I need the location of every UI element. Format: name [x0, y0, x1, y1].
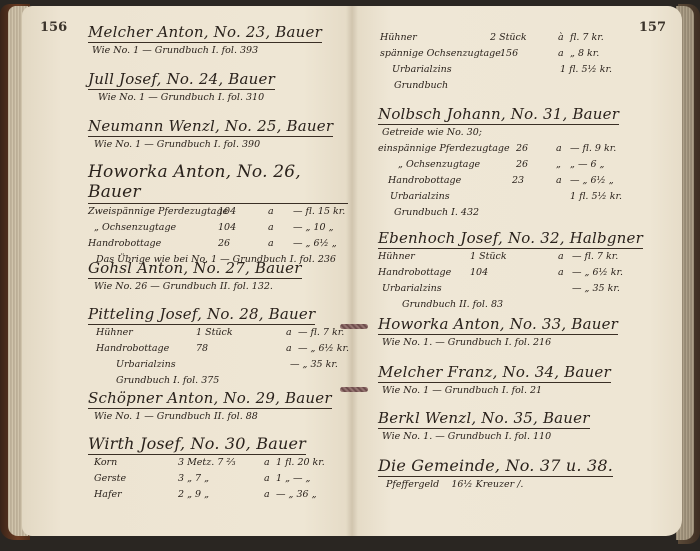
entry-line: „ Ochsenzugtage 26 „ „ — 6 „ [398, 157, 668, 173]
entry-line: Handrobottage 26 a — „ 6½ „ [88, 236, 348, 252]
entry-line: Wie No. 1 — Grundbuch I. fol. 393 [92, 43, 322, 59]
entry-continuation: Hühner 2 Stück à fl. 7 kr. spännige Ochs… [380, 30, 660, 94]
entry-line: „ Ochsenzugtage 104 a — „ 10 „ [88, 220, 348, 236]
entry-line: Grundbuch II. fol. 83 [402, 297, 668, 313]
entry-line: Hühner 2 Stück à fl. 7 kr. [380, 30, 660, 46]
entry-wirth-josef: Wirth Josef, No. 30, Bauer Korn 3 Metz. … [88, 434, 348, 503]
book-gutter [346, 6, 358, 536]
entry-line: Zweispännige Pferdezugtage 104 a — fl. 1… [88, 204, 348, 220]
entry-line: Handrobottage 78 a — „ 6½ kr. [96, 341, 348, 357]
entry-line: Grundbuch I. 432 [394, 205, 668, 221]
entry-pitteling-josef: Pitteling Josef, No. 28, Bauer Hühner 1 … [88, 304, 348, 389]
entry-heading: Die Gemeinde, No. 37 u. 38. [378, 456, 613, 477]
entry-nolbsch-johann: Nolbsch Johann, No. 31, Bauer Getreide w… [378, 104, 668, 221]
entry-line: einspännige Pferdezugtage 26 a — fl. 9 k… [378, 141, 668, 157]
entry-line: Hühner 1 Stück a — fl. 7 kr. [378, 249, 668, 265]
entry-heading: Nolbsch Johann, No. 31, Bauer [378, 105, 619, 125]
entry-ebenhoch-josef: Ebenhoch Josef, No. 32, Halbgner Hühner … [378, 228, 668, 313]
entry-line: Urbarialzins 1 fl. 5½ kr. [392, 62, 660, 78]
entry-heading: Howorka Anton, No. 33, Bauer [378, 315, 618, 335]
entry-line: Urbarialzins 1 fl. 5½ kr. [390, 189, 668, 205]
entry-heading: Pitteling Josef, No. 28, Bauer [88, 305, 315, 325]
right-page: 157 Hühner 2 Stück à fl. 7 kr. spännige … [352, 6, 682, 536]
entry-line: Handrobottage 104 a — „ 6½ kr. [378, 265, 668, 281]
entry-heading: Berkl Wenzl, No. 35, Bauer [378, 409, 590, 429]
entry-heading: Jull Josef, No. 24, Bauer [88, 70, 275, 90]
entry-gohsl-anton: Gohsl Anton, No. 27, Bauer Wie No. 26 — … [88, 258, 302, 295]
page-number-left: 156 [40, 20, 67, 35]
entry-heading: Wirth Josef, No. 30, Bauer [88, 434, 306, 455]
binding-stitch-upper [340, 324, 368, 329]
entry-line: Hafer 2 „ 9 „ a — „ 36 „ [94, 487, 348, 503]
left-page: 156 Melcher Anton, No. 23, Bauer Wie No.… [22, 6, 352, 536]
entry-line: Grundbuch [394, 78, 660, 94]
entry-line: Gerste 3 „ 7 „ a 1 „ — „ [94, 471, 348, 487]
entry-line: Wie No. 1 — Grundbuch I. fol. 310 [98, 90, 275, 106]
entry-line: Hühner 1 Stück a — fl. 7 kr. [96, 325, 348, 341]
entry-line: Handrobottage 23 a — „ 6½ „ [388, 173, 668, 189]
entry-line: Wie No. 1. — Grundbuch I. fol. 110 [382, 429, 590, 445]
entry-die-gemeinde: Die Gemeinde, No. 37 u. 38. Pfeffergeld … [378, 456, 613, 493]
entry-line: Grundbuch I. fol. 375 [116, 373, 348, 389]
entry-heading: Ebenhoch Josef, No. 32, Halbgner [378, 229, 643, 249]
entry-heading: Melcher Anton, No. 23, Bauer [88, 23, 322, 43]
entry-melcher-franz: Melcher Franz, No. 34, Bauer Wie No. 1 —… [378, 362, 611, 399]
entry-heading: Melcher Franz, No. 34, Bauer [378, 363, 611, 383]
entry-schoepner-anton: Schöpner Anton, No. 29, Bauer Wie No. 1 … [88, 388, 332, 425]
entry-melcher-anton: Melcher Anton, No. 23, Bauer Wie No. 1 —… [88, 22, 322, 59]
entry-line: Getreide wie No. 30; [382, 125, 668, 141]
entry-line: Wie No. 1 — Grundbuch I. fol. 21 [382, 383, 611, 399]
entry-line: Wie No. 1 — Grundbuch II. fol. 88 [94, 409, 332, 425]
entry-heading: Howorka Anton, No. 26, Bauer [88, 162, 348, 204]
entry-heading: Gohsl Anton, No. 27, Bauer [88, 259, 302, 279]
entry-line: Wie No. 26 — Grundbuch II. fol. 132. [94, 279, 302, 295]
entry-howorka-anton-26: Howorka Anton, No. 26, Bauer Zweispännig… [88, 162, 348, 268]
entry-berkl-wenzl: Berkl Wenzl, No. 35, Bauer Wie No. 1. — … [378, 408, 590, 445]
entry-heading: Schöpner Anton, No. 29, Bauer [88, 389, 332, 409]
binding-stitch-lower [340, 387, 368, 392]
entry-line: Urbarialzins — „ 35 kr. [382, 281, 668, 297]
entry-line: spännige Ochsenzugtage 156 a „ 8 kr. [380, 46, 660, 62]
entry-line: Urbarialzins — „ 35 kr. [116, 357, 348, 373]
entry-line: Korn 3 Metz. 7 ⅔ a 1 fl. 20 kr. [94, 455, 348, 471]
entry-line: Wie No. 1 — Grundbuch I. fol. 390 [94, 137, 333, 153]
entry-line: Pfeffergeld 16½ Kreuzer /. [386, 477, 613, 493]
entry-jull-josef: Jull Josef, No. 24, Bauer Wie No. 1 — Gr… [88, 69, 275, 106]
entry-line: Wie No. 1. — Grundbuch I. fol. 216 [382, 335, 618, 351]
open-ledger-book: 156 Melcher Anton, No. 23, Bauer Wie No.… [0, 0, 700, 551]
entry-howorka-anton-33: Howorka Anton, No. 33, Bauer Wie No. 1. … [378, 314, 618, 351]
entry-neumann-wenzl: Neumann Wenzl, No. 25, Bauer Wie No. 1 —… [88, 116, 333, 153]
entry-heading: Neumann Wenzl, No. 25, Bauer [88, 117, 333, 137]
